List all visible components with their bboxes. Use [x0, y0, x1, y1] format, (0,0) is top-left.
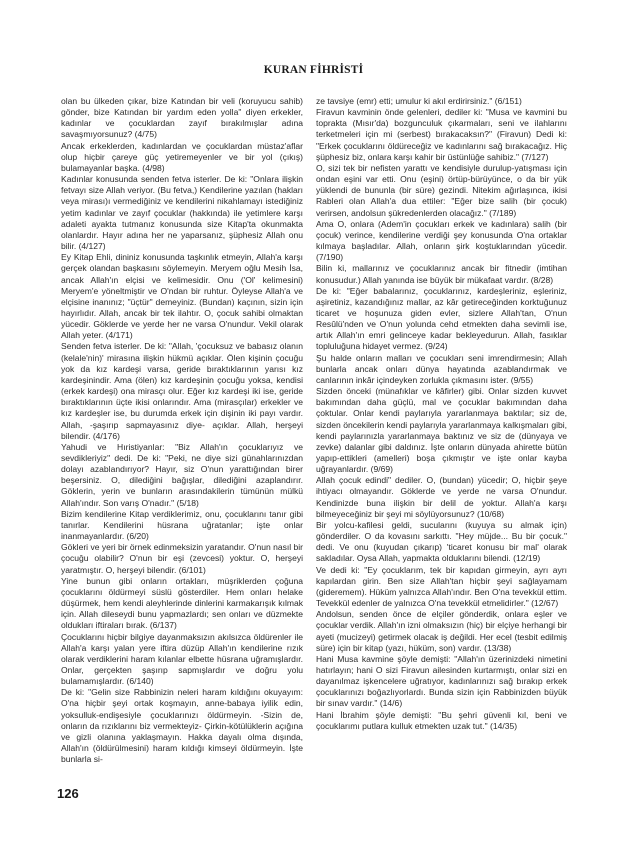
verse-entry: Kadınlar konusunda senden fetva isterler…	[61, 174, 303, 252]
verse-entry: Hani İbrahim şöyle demişti: "Bu şehri gü…	[316, 710, 567, 732]
verse-entry: De ki: "Gelin size Rabbinizin neleri har…	[61, 687, 303, 765]
verse-entry: De ki: "Eğer babalarınız, çocuklarınız, …	[316, 286, 567, 353]
verse-entry: O, sizi tek bir nefisten yarattı ve kend…	[316, 163, 567, 219]
verse-entry: Çocuklarını hiçbir bilgiye dayanmaksızın…	[61, 632, 303, 688]
verse-entry: Gökleri ve yeri bir örnek edinmeksizin y…	[61, 542, 303, 575]
verse-entry: Bir yolcu-kafilesi geldi, sucularını (ku…	[316, 520, 567, 565]
page-header-title: KURAN FİHRİSTİ	[0, 64, 627, 76]
page-number: 126	[57, 786, 79, 801]
verse-entry: Yine bunun gibi onların ortakları, müşri…	[61, 576, 303, 632]
verse-entry: olan bu ülkeden çıkar, bize Katından bir…	[61, 96, 303, 141]
verse-entry: Senden fetva isterler. De ki: "Allah, 'ç…	[61, 341, 303, 441]
right-column: ze tavsiye (emr) etti; umulur ki akıl er…	[316, 96, 567, 732]
verse-entry: Bilin ki, mallarınız ve çocuklarınız anc…	[316, 263, 567, 285]
verse-entry: Ama O, onlara (Adem'in çocukları erkek v…	[316, 219, 567, 264]
verse-entry: Andolsun, senden önce de elçiler gönderd…	[316, 609, 567, 654]
verse-entry: Ancak erkeklerden, kadınlardan ve çocukl…	[61, 141, 303, 174]
verse-entry: Allah çocuk edindi" dediler. O, (bundan)…	[316, 475, 567, 520]
verse-entry: Ey Kitap Ehli, dininiz konusunda taşkınl…	[61, 252, 303, 341]
verse-entry: Hani Musa kavmine şöyle demişti: "Allah'…	[316, 654, 567, 710]
verse-entry: Şu halde onların malları ve çocukları se…	[316, 353, 567, 386]
verse-entry: Bizim kendilerine Kitap verdiklerimiz, o…	[61, 509, 303, 542]
verse-entry: ze tavsiye (emr) etti; umulur ki akıl er…	[316, 96, 567, 107]
verse-entry: Yahudi ve Hıristiyanlar: "Biz Allah'ın ç…	[61, 442, 303, 509]
left-column: olan bu ülkeden çıkar, bize Katından bir…	[61, 96, 303, 765]
verse-entry: Sizden önceki (münafıklar ve kâfirler) g…	[316, 386, 567, 475]
verse-entry: Ve dedi ki: "Ey çocuklarım, tek bir kapı…	[316, 565, 567, 610]
verse-entry: Firavun kavminin önde gelenleri, dediler…	[316, 107, 567, 163]
